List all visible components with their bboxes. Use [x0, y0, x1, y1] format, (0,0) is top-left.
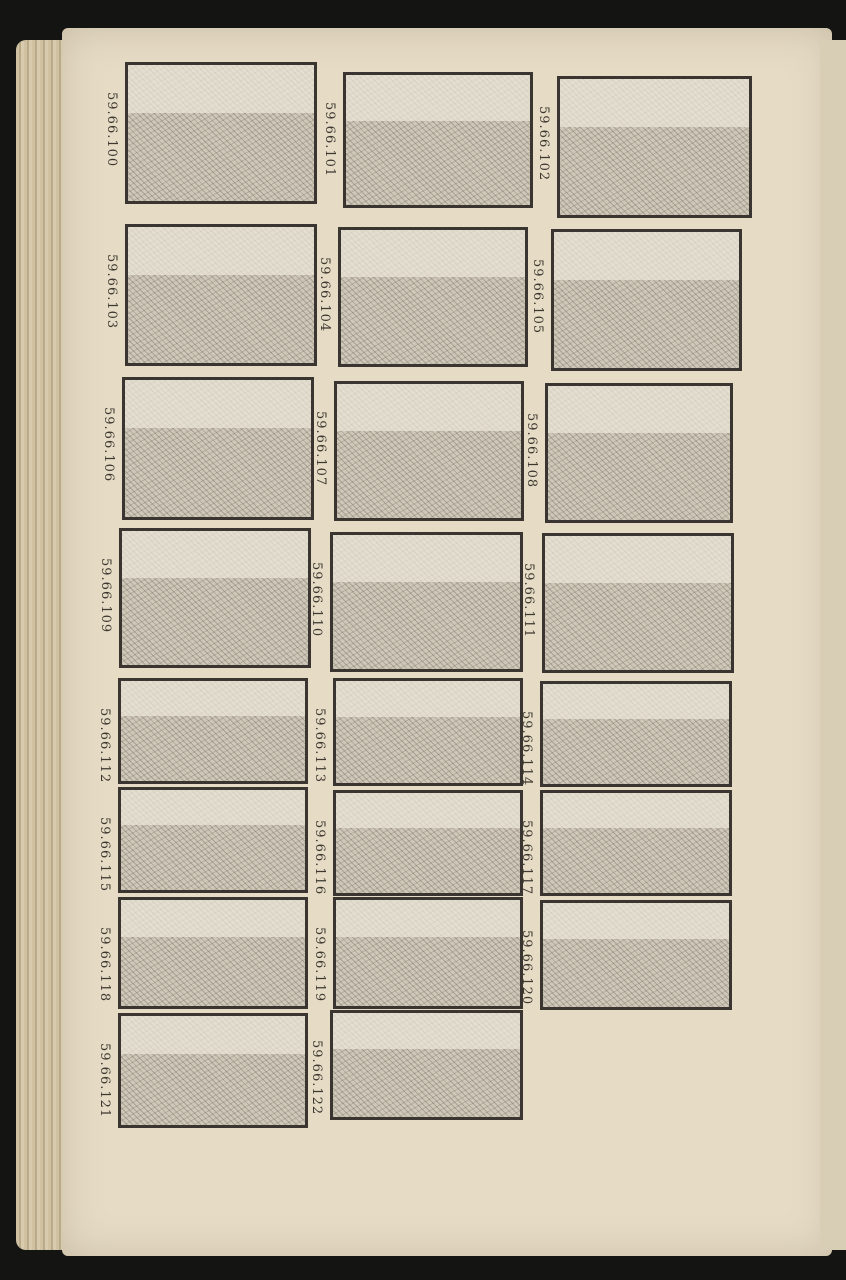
print-sky: [336, 900, 520, 937]
accession-label: 59.66.103: [104, 254, 119, 329]
print-sky: [336, 793, 520, 828]
print-sky: [545, 536, 731, 583]
accession-label: 59.66.120: [519, 930, 534, 1005]
print-sky: [548, 386, 730, 433]
woodcut-print: [540, 790, 732, 896]
accession-label: 59.66.116: [312, 820, 327, 895]
print-sky: [333, 1013, 520, 1049]
print-sky: [121, 790, 305, 825]
accession-label: 59.66.100: [104, 92, 119, 167]
accession-label: 59.66.109: [98, 558, 113, 633]
print-sky: [333, 535, 520, 582]
woodcut-print: [551, 229, 742, 371]
woodcut-print: [333, 678, 523, 786]
print-sky: [121, 900, 305, 937]
woodcut-print: [334, 381, 524, 521]
accession-label: 59.66.122: [309, 1040, 324, 1115]
woodcut-print: [557, 76, 752, 218]
accession-label: 59.66.113: [312, 708, 327, 783]
woodcut-print: [118, 1013, 308, 1128]
facing-page-edge: [820, 40, 846, 1250]
print-sky: [341, 230, 525, 277]
accession-label: 59.66.107: [313, 411, 328, 486]
print-sky: [128, 227, 314, 275]
accession-label: 59.66.117: [519, 820, 534, 895]
woodcut-print: [118, 678, 308, 784]
accession-label: 59.66.111: [521, 563, 536, 638]
accession-label: 59.66.115: [97, 817, 112, 892]
accession-label: 59.66.105: [530, 259, 545, 334]
print-sky: [543, 793, 729, 828]
print-sky: [346, 75, 530, 121]
print-sky: [337, 384, 521, 431]
accession-label: 59.66.119: [312, 927, 327, 1002]
woodcut-print: [125, 224, 317, 366]
woodcut-print: [333, 897, 523, 1009]
woodcut-print: [343, 72, 533, 208]
woodcut-print: [125, 62, 317, 204]
accession-label: 59.66.104: [317, 257, 332, 332]
print-sky: [560, 79, 749, 127]
accession-label: 59.66.101: [322, 102, 337, 177]
accession-label: 59.66.110: [309, 562, 324, 637]
accession-label: 59.66.121: [97, 1043, 112, 1118]
accession-label: 59.66.114: [519, 711, 534, 786]
print-sky: [543, 684, 729, 719]
print-sky: [122, 531, 308, 578]
print-sky: [128, 65, 314, 113]
woodcut-print: [330, 532, 523, 672]
print-sky: [121, 681, 305, 716]
woodcut-print: [118, 897, 308, 1009]
accession-label: 59.66.102: [536, 106, 551, 181]
woodcut-print: [545, 383, 733, 523]
accession-label: 59.66.112: [97, 708, 112, 783]
woodcut-print: [540, 681, 732, 787]
print-sky: [125, 380, 311, 428]
woodcut-print: [330, 1010, 523, 1120]
woodcut-print: [338, 227, 528, 367]
print-sky: [554, 232, 739, 280]
woodcut-print: [542, 533, 734, 673]
accession-label: 59.66.118: [97, 927, 112, 1002]
woodcut-print: [122, 377, 314, 520]
accession-label: 59.66.106: [101, 407, 116, 482]
woodcut-print: [540, 900, 732, 1010]
print-sky: [336, 681, 520, 717]
print-sky: [121, 1016, 305, 1054]
accession-label: 59.66.108: [524, 413, 539, 488]
woodcut-print: [333, 790, 523, 896]
woodcut-print: [119, 528, 311, 668]
print-sky: [543, 903, 729, 939]
woodcut-print: [118, 787, 308, 893]
